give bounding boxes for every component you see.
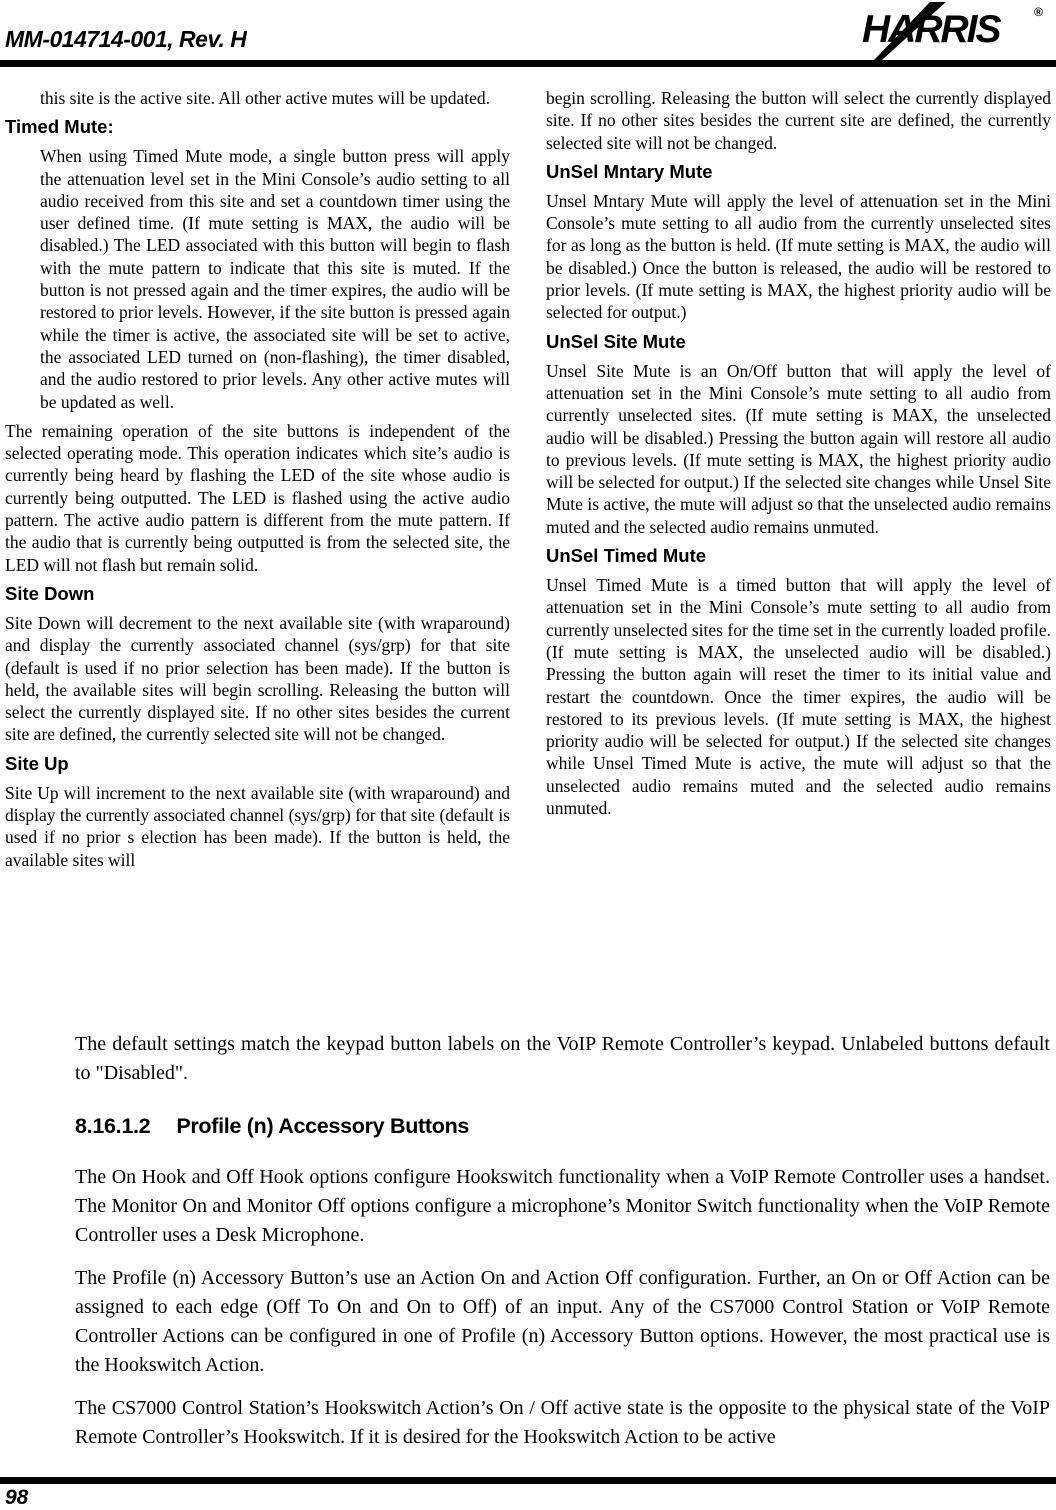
paragraph-site-up-continuation: begin scrolling. Releasing the button wi… <box>546 87 1051 154</box>
heading-timed-mute: Timed Mute: <box>5 116 510 138</box>
paragraph-remaining-operation: The remaining operation of the site butt… <box>5 420 510 576</box>
section-heading: 8.16.1.2Profile (n) Accessory Buttons <box>75 1114 1050 1139</box>
section-number: 8.16.1.2 <box>75 1114 150 1138</box>
heading-unsel-timed-mute: UnSel Timed Mute <box>546 545 1051 567</box>
paragraph-unsel-timed-body: Unsel Timed Mute is a timed button that … <box>546 574 1051 819</box>
harris-logo: HARRIS ® <box>848 2 1048 60</box>
footer-rule <box>0 1477 1056 1484</box>
paragraph-default-settings: The default settings match the keypad bu… <box>75 1030 1050 1088</box>
page-number: 98 <box>5 1486 28 1510</box>
two-column-body: this site is the active site. All other … <box>5 87 1052 878</box>
right-column: begin scrolling. Releasing the button wi… <box>546 87 1051 878</box>
section-title: Profile (n) Accessory Buttons <box>176 1114 469 1138</box>
paragraph-site-down-body: Site Down will decrement to the next ava… <box>5 612 510 746</box>
paragraph-timed-mute-body: When using Timed Mute mode, a single but… <box>40 145 510 413</box>
registered-trademark-symbol: ® <box>1034 5 1043 19</box>
page-header: MM-014714-001, Rev. H HARRIS ® <box>0 0 1056 66</box>
bottom-section: The default settings match the keypad bu… <box>75 1030 1050 1466</box>
paragraph-site-up-body: Site Up will increment to the next avail… <box>5 782 510 871</box>
paragraph-unsel-mntary-body: Unsel Mntary Mute will apply the level o… <box>546 190 1051 324</box>
document-id: MM-014714-001, Rev. H <box>5 26 246 53</box>
header-rule <box>0 60 1056 67</box>
heading-unsel-site-mute: UnSel Site Mute <box>546 331 1051 353</box>
left-column: this site is the active site. All other … <box>5 87 510 878</box>
paragraph-action-configuration: The Profile (n) Accessory Button’s use a… <box>75 1264 1050 1380</box>
harris-logo-graphic: HARRIS ® <box>848 2 1048 60</box>
heading-site-down: Site Down <box>5 583 510 605</box>
paragraph-hookswitch-state: The CS7000 Control Station’s Hookswitch … <box>75 1394 1050 1452</box>
paragraph-intro-continuation: this site is the active site. All other … <box>40 87 510 109</box>
heading-unsel-mntary-mute: UnSel Mntary Mute <box>546 161 1051 183</box>
paragraph-unsel-site-body: Unsel Site Mute is an On/Off button that… <box>546 360 1051 538</box>
paragraph-hookswitch-options: The On Hook and Off Hook options configu… <box>75 1163 1050 1250</box>
heading-site-up: Site Up <box>5 753 510 775</box>
